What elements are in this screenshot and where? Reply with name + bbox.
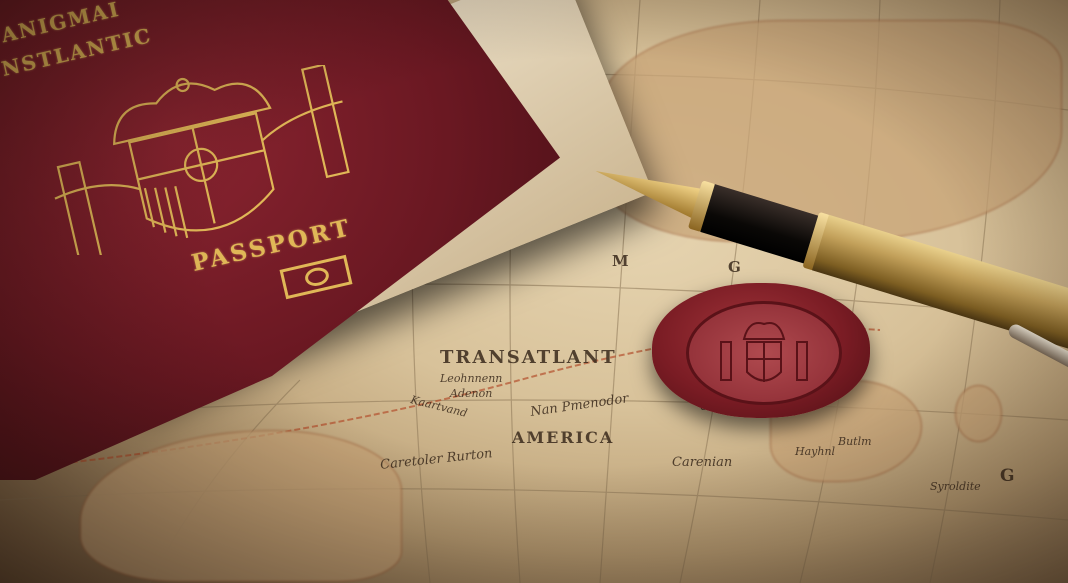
map-label-5: G — [1000, 466, 1017, 486]
map-label-12: Syroldite — [930, 480, 981, 493]
map-landmass-madagascar — [955, 385, 1002, 442]
seal-crest — [686, 301, 842, 405]
map-label-4: G — [728, 258, 743, 276]
map-label-8: Adenon — [450, 387, 492, 400]
map-label-6: M — [612, 252, 631, 270]
map-label-10: Hayhnl — [795, 445, 835, 458]
wax-seal — [652, 283, 870, 418]
pen-nib — [590, 157, 705, 220]
map-label-7: Leohnnenn — [440, 372, 502, 385]
seal-coat-of-arms-icon — [689, 304, 839, 402]
photo-scene: TRANSATLANT AMERICA Nan Pmenodor Caretol… — [0, 0, 1068, 583]
map-label-transatlantic: TRANSATLANT — [440, 347, 617, 368]
map-label-11: Butlm — [838, 435, 872, 448]
map-label-america: AMERICA — [512, 428, 614, 447]
map-label-3: Carenian — [672, 455, 732, 470]
